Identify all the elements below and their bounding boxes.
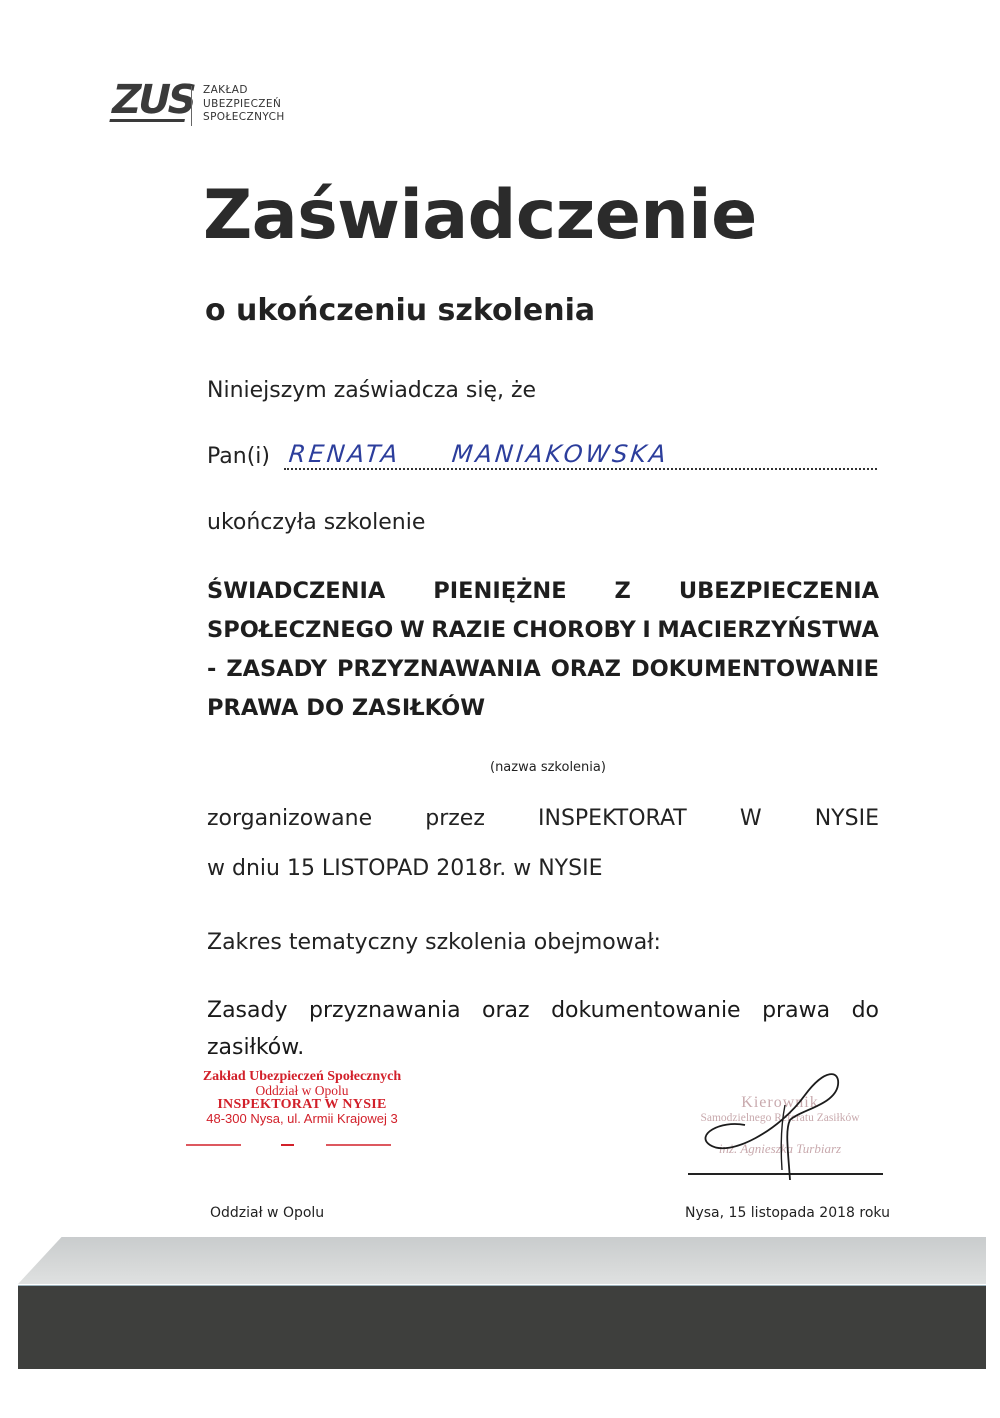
- scope-word: dokumentowanie: [551, 992, 741, 1029]
- course-line: - ZASADY PRZYZNAWANIA ORAZ DOKUMENTOWANI…: [207, 650, 879, 689]
- organized-by-line: zorganizowane przez INSPEKTORAT W NYSIE: [207, 808, 879, 830]
- course-word: PRZYZNAWANIA: [337, 650, 541, 689]
- handwritten-signature: [690, 1060, 890, 1185]
- course-word: DOKUMENTOWANIE: [631, 650, 879, 689]
- course-word: SPOŁECZNEGO: [207, 611, 393, 650]
- organized-word: W: [740, 808, 762, 830]
- scope-label: Zakres tematyczny szkolenia obejmował:: [207, 932, 661, 954]
- stamp-line: 48-300 Nysa, ul. Armii Krajowej 3: [182, 1112, 422, 1126]
- completed-text: ukończyła szkolenie: [207, 512, 425, 534]
- logo-line: UBEZPIECZEŃ: [203, 98, 285, 112]
- scope-word: oraz: [482, 992, 530, 1029]
- recipient-last-name: MANIAKOWSKA: [451, 442, 670, 466]
- course-line: ŚWIADCZENIA PIENIĘŻNE Z UBEZPIECZENIA: [207, 572, 879, 611]
- document-subtitle: o ukończeniu szkolenia: [205, 296, 595, 326]
- course-word: UBEZPIECZENIA: [679, 572, 879, 611]
- date-line: w dniu 15 LISTOPAD 2018r. w NYSIE: [207, 858, 602, 880]
- stamp-line: Zakład Ubezpieczeń Społecznych: [182, 1070, 422, 1084]
- footer-branch: Oddział w Opolu: [210, 1205, 324, 1221]
- scope-line: Zasady przyznawania oraz dokumentowanie …: [207, 992, 879, 1029]
- dotted-fill-line: [284, 468, 877, 470]
- logo-line: ZAKŁAD: [203, 84, 285, 98]
- recipient-label: Pan(i): [207, 446, 270, 468]
- recipient-first-name: RENATA: [288, 442, 402, 466]
- scope-word: Zasady: [207, 992, 287, 1029]
- course-word: MACIERZYŃSTWA: [657, 611, 879, 650]
- course-word: W: [400, 611, 425, 650]
- office-stamp: Zakład Ubezpieczeń Społecznych Oddział w…: [182, 1070, 422, 1126]
- course-line: PRAWA DO ZASIŁKÓW: [207, 689, 879, 728]
- course-word: PIENIĘŻNE: [433, 572, 566, 611]
- logo-text: ZAKŁAD UBEZPIECZEŃ SPOŁECZNYCH: [203, 84, 285, 125]
- organized-word: NYSIE: [815, 808, 879, 830]
- stamp-line: Oddział w Opolu: [182, 1084, 422, 1098]
- stamp-dashes: [186, 1143, 396, 1147]
- document-title: Zaświadczenie: [203, 182, 757, 250]
- course-word: PRAWA DO ZASIŁKÓW: [207, 689, 485, 728]
- course-word: ORAZ: [551, 650, 621, 689]
- footer-band-dark: [18, 1285, 986, 1369]
- scope-word: prawa: [762, 992, 830, 1029]
- course-word: I: [642, 611, 650, 650]
- zus-logo-mark: ZUS: [108, 80, 198, 120]
- logo-line: SPOŁECZNYCH: [203, 111, 285, 125]
- intro-text: Niniejszym zaświadcza się, że: [207, 380, 536, 402]
- course-name: ŚWIADCZENIA PIENIĘŻNE Z UBEZPIECZENIA SP…: [207, 572, 879, 728]
- course-word: Z: [615, 572, 631, 611]
- course-word: ŚWIADCZENIA: [207, 572, 385, 611]
- scope-text: Zasady przyznawania oraz dokumentowanie …: [207, 992, 879, 1066]
- recipient-line: Pan(i) RENATA MANIAKOWSKA: [207, 442, 877, 472]
- course-caption: (nazwa szkolenia): [490, 760, 606, 775]
- organized-word: zorganizowane: [207, 808, 372, 830]
- organized-word: INSPEKTORAT: [538, 808, 687, 830]
- course-line: SPOŁECZNEGO W RAZIE CHOROBY I MACIERZYŃS…: [207, 611, 879, 650]
- footer-place-date: Nysa, 15 listopada 2018 roku: [685, 1205, 890, 1221]
- course-word: CHOROBY: [513, 611, 636, 650]
- course-word: -: [207, 650, 216, 689]
- organized-word: przez: [425, 808, 485, 830]
- logo-divider: [191, 86, 192, 126]
- stamp-line: INSPEKTORAT W NYSIE: [182, 1098, 422, 1112]
- scope-word: do: [852, 992, 879, 1029]
- scope-word: przyznawania: [309, 992, 461, 1029]
- course-word: RAZIE: [431, 611, 506, 650]
- footer-band-light: [18, 1237, 986, 1284]
- course-word: ZASADY: [226, 650, 327, 689]
